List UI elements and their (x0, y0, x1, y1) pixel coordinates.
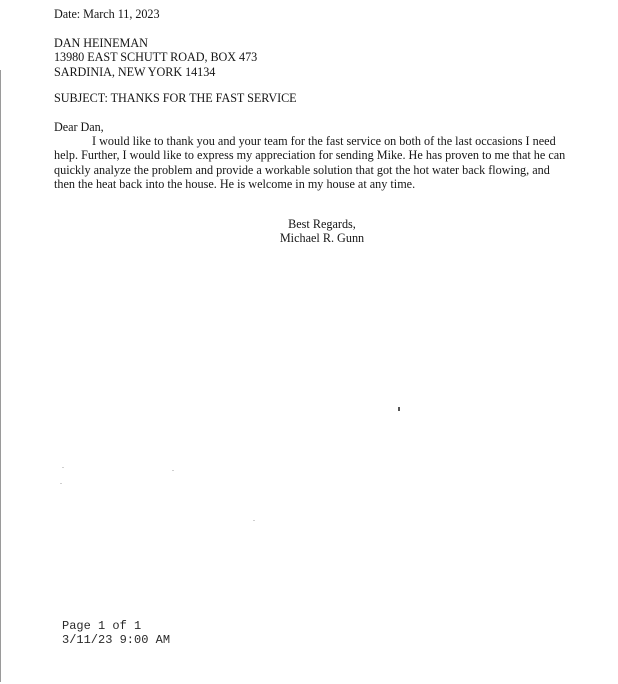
letter-date: Date: March 11, 2023 (54, 7, 160, 21)
recipient-city-state: SARDINIA, NEW YORK 14134 (54, 65, 257, 79)
signature-name: Michael R. Gunn (262, 231, 382, 245)
scan-speck (398, 407, 400, 411)
scan-artifact (172, 470, 174, 471)
recipient-address-block: DAN HEINEMAN 13980 EAST SCHUTT ROAD, BOX… (54, 36, 257, 79)
scan-artifact (60, 483, 62, 484)
body-line: help. Further, I would like to express m… (54, 148, 594, 162)
letter-body: I would like to thank you and your team … (54, 134, 594, 191)
print-footer: Page 1 of 1 3/11/23 9:00 AM (62, 620, 170, 647)
closing-phrase: Best Regards, (262, 217, 382, 231)
letter-page: Date: March 11, 2023 DAN HEINEMAN 13980 … (0, 0, 618, 684)
scan-edge-line (0, 70, 1, 682)
scan-artifact (253, 520, 255, 521)
print-timestamp: 3/11/23 9:00 AM (62, 634, 170, 648)
scan-artifact (62, 467, 64, 468)
letter-subject: SUBJECT: THANKS FOR THE FAST SERVICE (54, 91, 297, 105)
recipient-name: DAN HEINEMAN (54, 36, 257, 50)
page-indicator: Page 1 of 1 (62, 620, 170, 634)
body-line: then the heat back into the house. He is… (54, 177, 594, 191)
body-line: quickly analyze the problem and provide … (54, 163, 594, 177)
letter-closing-block: Best Regards, Michael R. Gunn (262, 217, 382, 246)
body-line: I would like to thank you and your team … (54, 134, 594, 148)
recipient-street: 13980 EAST SCHUTT ROAD, BOX 473 (54, 50, 257, 64)
letter-salutation: Dear Dan, (54, 120, 104, 134)
